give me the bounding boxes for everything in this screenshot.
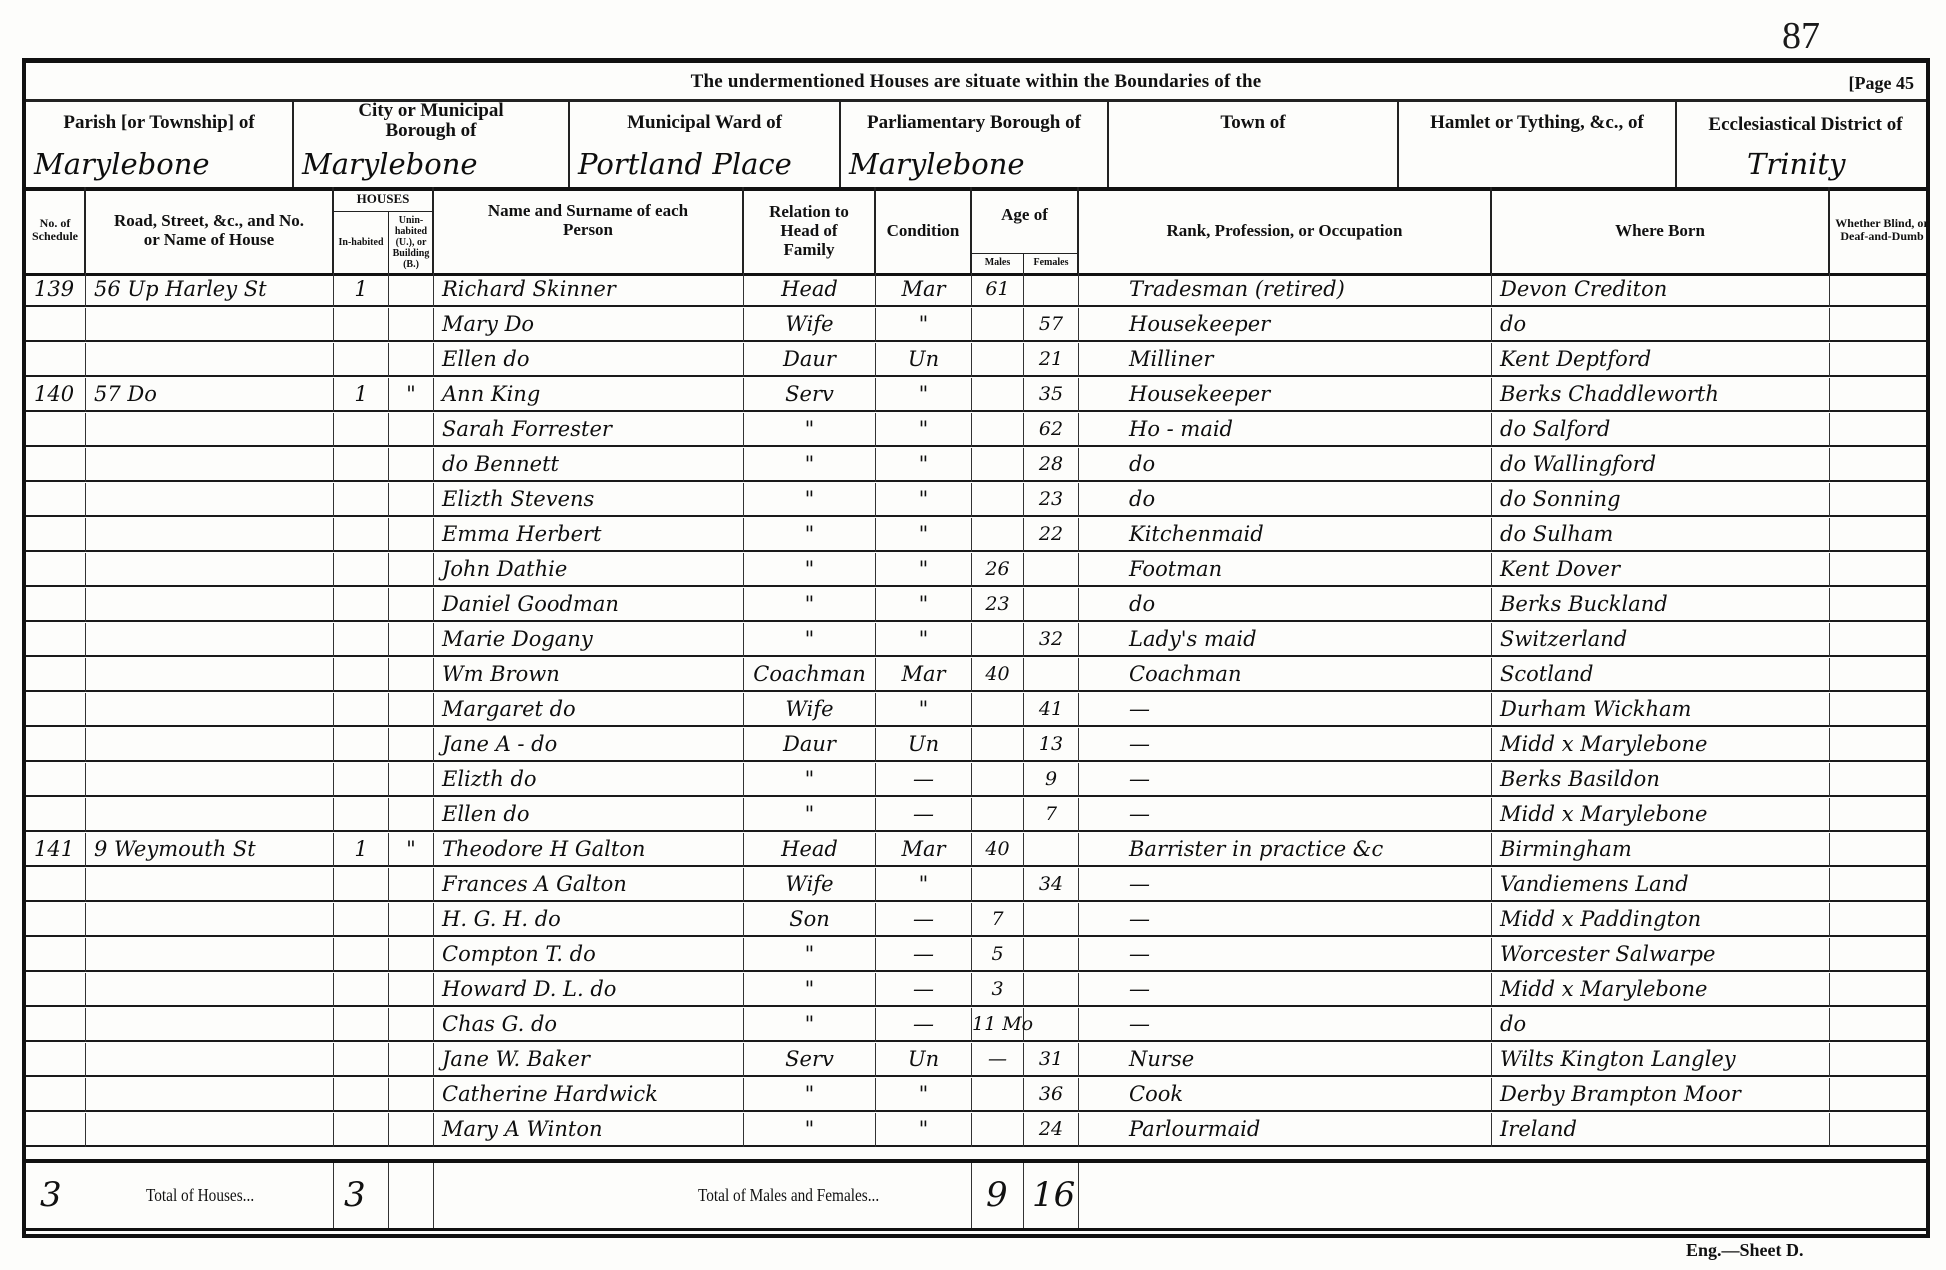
cell-born: do — [1492, 1008, 1830, 1042]
cell-uninhabited — [389, 728, 434, 762]
municipal-borough-field: City or Municipal Borough of Marylebone — [294, 99, 570, 187]
cell-condition: — — [876, 903, 972, 937]
cell-occupation: — — [1079, 903, 1492, 937]
cell-condition: " — [876, 308, 972, 342]
cell-name: Mary Do — [434, 308, 744, 342]
cell-schedule — [26, 903, 86, 937]
cell-relation: " — [744, 973, 876, 1007]
cell-blind — [1830, 1008, 1934, 1042]
cell-male-age: 40 — [972, 658, 1024, 692]
cell-uninhabited: " — [389, 833, 434, 867]
cell-relation: Wife — [744, 308, 876, 342]
cell-born: Kent Dover — [1492, 553, 1830, 587]
cell-condition: " — [876, 378, 972, 412]
cell-condition: Un — [876, 728, 972, 762]
cell-address — [86, 938, 334, 972]
cell-relation: " — [744, 518, 876, 552]
table-row: Daniel Goodman""23doBerks Buckland — [26, 588, 1926, 622]
table-row: Jane W. BakerServUn—31NurseWilts Kington… — [26, 1043, 1926, 1077]
parish-value: Marylebone — [34, 147, 210, 181]
cell-condition: " — [876, 623, 972, 657]
cell-male-age — [972, 1078, 1024, 1112]
cell-uninhabited — [389, 553, 434, 587]
col-blind-deaf: Whether Blind, or Deaf-and-Dumb — [1830, 187, 1934, 273]
cell-inhabited — [334, 693, 389, 727]
cell-schedule — [26, 483, 86, 517]
cell-female-age: 28 — [1024, 448, 1079, 482]
cell-born: Switzerland — [1492, 623, 1830, 657]
cell-blind — [1830, 273, 1934, 307]
cell-address — [86, 1043, 334, 1077]
cell-occupation: — — [1079, 1008, 1492, 1042]
cell-uninhabited — [389, 343, 434, 377]
table-row: Mary A Winton""24ParlourmaidIreland — [26, 1113, 1926, 1147]
cell-schedule — [26, 623, 86, 657]
cell-uninhabited — [389, 658, 434, 692]
table-row: Ellen do"—7—Midd x Marylebone — [26, 798, 1926, 832]
cell-born: Berks Chaddleworth — [1492, 378, 1830, 412]
cell-relation: " — [744, 798, 876, 832]
title-band: The undermentioned Houses are situate wi… — [26, 63, 1926, 102]
cell-uninhabited — [389, 693, 434, 727]
col-address: Road, Street, &c., and No. or Name of Ho… — [86, 187, 334, 273]
cell-condition: — — [876, 938, 972, 972]
cell-name: Jane A - do — [434, 728, 744, 762]
cell-schedule — [26, 763, 86, 797]
cell-condition: — — [876, 1008, 972, 1042]
sheet-code: Eng.—Sheet D. — [1686, 1240, 1804, 1261]
cell-female-age: 22 — [1024, 518, 1079, 552]
total-males: 9 — [986, 1175, 1008, 1215]
cell-inhabited — [334, 1043, 389, 1077]
cell-relation: " — [744, 938, 876, 972]
cell-address — [86, 343, 334, 377]
cell-relation: " — [744, 1113, 876, 1147]
cell-occupation: do — [1079, 483, 1492, 517]
table-row: do Bennett""28dodo Wallingford — [26, 448, 1926, 482]
cell-schedule — [26, 973, 86, 1007]
parliamentary-borough-field: Parliamentary Borough of Marylebone — [841, 99, 1109, 187]
sheet-title: The undermentioned Houses are situate wi… — [26, 71, 1926, 93]
cell-condition: — — [876, 798, 972, 832]
cell-born: Berks Buckland — [1492, 588, 1830, 622]
totals-row: 3 Total of Houses... 3 Total of Males an… — [26, 1159, 1926, 1231]
cell-name: Margaret do — [434, 693, 744, 727]
cell-occupation: Footman — [1079, 553, 1492, 587]
cell-address: 56 Up Harley St — [86, 273, 334, 307]
table-row: Elizth Stevens""23dodo Sonning — [26, 483, 1926, 517]
cell-born: Midd x Marylebone — [1492, 798, 1830, 832]
cell-born: do Wallingford — [1492, 448, 1830, 482]
total-females: 16 — [1032, 1175, 1075, 1215]
cell-uninhabited — [389, 1078, 434, 1112]
cell-address — [86, 483, 334, 517]
cell-name: Ellen do — [434, 343, 744, 377]
cell-occupation: — — [1079, 693, 1492, 727]
cell-blind — [1830, 973, 1934, 1007]
municipal-borough-value: Marylebone — [302, 147, 478, 181]
cell-born: Devon Crediton — [1492, 273, 1830, 307]
cell-schedule — [26, 553, 86, 587]
cell-name: Wm Brown — [434, 658, 744, 692]
cell-female-age — [1024, 903, 1079, 937]
cell-uninhabited — [389, 798, 434, 832]
cell-occupation: do — [1079, 448, 1492, 482]
parish-field: Parish [or Township] of Marylebone — [26, 99, 294, 187]
cell-male-age — [972, 483, 1024, 517]
cell-female-age — [1024, 273, 1079, 307]
cell-name: Chas G. do — [434, 1008, 744, 1042]
cell-address — [86, 1113, 334, 1147]
table-row: John Dathie""26FootmanKent Dover — [26, 553, 1926, 587]
cell-blind — [1830, 693, 1934, 727]
cell-relation: Head — [744, 833, 876, 867]
cell-inhabited — [334, 1078, 389, 1112]
cell-schedule — [26, 308, 86, 342]
cell-name: Compton T. do — [434, 938, 744, 972]
cell-inhabited — [334, 938, 389, 972]
cell-male-age: 7 — [972, 903, 1024, 937]
municipal-ward-field: Municipal Ward of Portland Place — [570, 99, 841, 187]
cell-born: Scotland — [1492, 658, 1830, 692]
cell-male-age — [972, 798, 1024, 832]
cell-address — [86, 1008, 334, 1042]
cell-male-age: 3 — [972, 973, 1024, 1007]
cell-male-age — [972, 868, 1024, 902]
cell-condition: " — [876, 483, 972, 517]
cell-uninhabited — [389, 623, 434, 657]
cell-relation: Serv — [744, 1043, 876, 1077]
cell-occupation: Kitchenmaid — [1079, 518, 1492, 552]
cell-female-age — [1024, 553, 1079, 587]
cell-schedule — [26, 1008, 86, 1042]
cell-schedule — [26, 938, 86, 972]
cell-occupation: Milliner — [1079, 343, 1492, 377]
cell-uninhabited — [389, 413, 434, 447]
cell-name: Sarah Forrester — [434, 413, 744, 447]
cell-uninhabited — [389, 938, 434, 972]
cell-occupation: Cook — [1079, 1078, 1492, 1112]
cell-inhabited — [334, 308, 389, 342]
col-inhabited: In-habited — [334, 211, 389, 273]
cell-condition: " — [876, 448, 972, 482]
cell-name: Jane W. Baker — [434, 1043, 744, 1077]
cell-schedule — [26, 728, 86, 762]
cell-born: do — [1492, 308, 1830, 342]
cell-born: Durham Wickham — [1492, 693, 1830, 727]
cell-schedule: 139 — [26, 273, 86, 307]
col-males: Males — [972, 253, 1024, 273]
cell-blind — [1830, 763, 1934, 797]
cell-blind — [1830, 623, 1934, 657]
cell-address — [86, 868, 334, 902]
table-row: Chas G. do"—11 Mo—do — [26, 1008, 1926, 1042]
cell-condition: " — [876, 693, 972, 727]
cell-name: Elizth do — [434, 763, 744, 797]
cell-male-age — [972, 413, 1024, 447]
total-houses-label: Total of Houses... — [146, 1185, 254, 1206]
cell-inhabited — [334, 1113, 389, 1147]
cell-inhabited — [334, 903, 389, 937]
cell-name: Daniel Goodman — [434, 588, 744, 622]
col-relation: Relation to Head of Family — [744, 187, 876, 273]
page-reference: [Page 45 — [1849, 73, 1914, 94]
cell-address — [86, 693, 334, 727]
cell-born: do Salford — [1492, 413, 1830, 447]
cell-address — [86, 1078, 334, 1112]
hamlet-field: Hamlet or Tything, &c., of — [1399, 99, 1677, 187]
cell-relation: " — [744, 413, 876, 447]
cell-female-age: 36 — [1024, 1078, 1079, 1112]
cell-female-age — [1024, 588, 1079, 622]
cell-blind — [1830, 413, 1934, 447]
col-condition: Condition — [876, 187, 972, 273]
cell-address — [86, 518, 334, 552]
cell-schedule — [26, 343, 86, 377]
col-females: Females — [1024, 253, 1079, 273]
cell-name: Theodore H Galton — [434, 833, 744, 867]
cell-blind — [1830, 1078, 1934, 1112]
cell-male-age: — — [972, 1043, 1024, 1077]
cell-blind — [1830, 553, 1934, 587]
cell-relation: " — [744, 588, 876, 622]
cell-female-age — [1024, 938, 1079, 972]
cell-name: John Dathie — [434, 553, 744, 587]
cell-condition: Mar — [876, 833, 972, 867]
cell-schedule — [26, 693, 86, 727]
cell-occupation: Housekeeper — [1079, 378, 1492, 412]
cell-inhabited — [334, 343, 389, 377]
cell-condition: — — [876, 973, 972, 1007]
cell-address: 57 Do — [86, 378, 334, 412]
cell-condition: Un — [876, 1043, 972, 1077]
cell-inhabited — [334, 1008, 389, 1042]
cell-name: Ellen do — [434, 798, 744, 832]
cell-occupation: — — [1079, 763, 1492, 797]
cell-female-age: 13 — [1024, 728, 1079, 762]
cell-name: Elizth Stevens — [434, 483, 744, 517]
col-name: Name and Surname of each Person — [434, 187, 744, 273]
cell-occupation: Nurse — [1079, 1043, 1492, 1077]
cell-uninhabited — [389, 763, 434, 797]
cell-born: do Sulham — [1492, 518, 1830, 552]
cell-blind — [1830, 378, 1934, 412]
cell-uninhabited — [389, 1113, 434, 1147]
cell-occupation: Tradesman (retired) — [1079, 273, 1492, 307]
cell-schedule — [26, 1043, 86, 1077]
column-header-row: No. of Schedule Road, Street, &c., and N… — [26, 187, 1926, 276]
cell-uninhabited — [389, 973, 434, 1007]
cell-uninhabited — [389, 903, 434, 937]
cell-relation: " — [744, 763, 876, 797]
table-row: Margaret doWife"41—Durham Wickham — [26, 693, 1926, 727]
table-row: Marie Dogany""32Lady's maidSwitzerland — [26, 623, 1926, 657]
cell-male-age: 26 — [972, 553, 1024, 587]
cell-schedule: 141 — [26, 833, 86, 867]
cell-relation: " — [744, 483, 876, 517]
cell-female-age: 9 — [1024, 763, 1079, 797]
cell-condition: Un — [876, 343, 972, 377]
cell-born: Midd x Paddington — [1492, 903, 1830, 937]
cell-uninhabited — [389, 518, 434, 552]
table-row: Ellen doDaurUn21MillinerKent Deptford — [26, 343, 1926, 377]
cell-female-age — [1024, 973, 1079, 1007]
cell-occupation: Lady's maid — [1079, 623, 1492, 657]
cell-address — [86, 728, 334, 762]
cell-born: Wilts Kington Langley — [1492, 1043, 1830, 1077]
cell-inhabited — [334, 728, 389, 762]
table-row: Mary DoWife"57Housekeeperdo — [26, 308, 1926, 342]
cell-uninhabited — [389, 1008, 434, 1042]
parliamentary-borough-value: Marylebone — [849, 147, 1025, 181]
cell-relation: " — [744, 448, 876, 482]
cell-born: Midd x Marylebone — [1492, 728, 1830, 762]
cell-address — [86, 448, 334, 482]
table-row: 14057 Do1"Ann KingServ"35HousekeeperBerk… — [26, 378, 1926, 412]
cell-name: Emma Herbert — [434, 518, 744, 552]
cell-condition: " — [876, 553, 972, 587]
cell-condition: Mar — [876, 658, 972, 692]
cell-uninhabited: " — [389, 378, 434, 412]
cell-female-age: 32 — [1024, 623, 1079, 657]
cell-born: Derby Brampton Moor — [1492, 1078, 1830, 1112]
total-schedules: 3 — [40, 1175, 62, 1215]
cell-female-age: 7 — [1024, 798, 1079, 832]
cell-blind — [1830, 938, 1934, 972]
cell-blind — [1830, 483, 1934, 517]
table-row: Compton T. do"—5—Worcester Salwarpe — [26, 938, 1926, 972]
cell-born: Birmingham — [1492, 833, 1830, 867]
table-row: Elizth do"—9—Berks Basildon — [26, 763, 1926, 797]
cell-name: Catherine Hardwick — [434, 1078, 744, 1112]
cell-condition: " — [876, 1113, 972, 1147]
cell-occupation: — — [1079, 798, 1492, 832]
cell-inhabited — [334, 483, 389, 517]
cell-female-age: 21 — [1024, 343, 1079, 377]
cell-blind — [1830, 903, 1934, 937]
cell-inhabited — [334, 868, 389, 902]
cell-address — [86, 798, 334, 832]
table-row: Emma Herbert""22Kitchenmaiddo Sulham — [26, 518, 1926, 552]
table-row: Catherine Hardwick""36CookDerby Brampton… — [26, 1078, 1926, 1112]
cell-female-age: 57 — [1024, 308, 1079, 342]
cell-blind — [1830, 308, 1934, 342]
cell-inhabited — [334, 658, 389, 692]
cell-female-age: 24 — [1024, 1113, 1079, 1147]
cell-name: Ann King — [434, 378, 744, 412]
cell-male-age: 40 — [972, 833, 1024, 867]
cell-occupation: — — [1079, 868, 1492, 902]
cell-schedule — [26, 868, 86, 902]
table-row: Wm BrownCoachmanMar40CoachmanScotland — [26, 658, 1926, 692]
cell-inhabited — [334, 588, 389, 622]
cell-blind — [1830, 518, 1934, 552]
municipal-ward-value: Portland Place — [578, 147, 792, 181]
cell-male-age — [972, 728, 1024, 762]
cell-inhabited — [334, 623, 389, 657]
cell-male-age — [972, 378, 1024, 412]
cell-born: Ireland — [1492, 1113, 1830, 1147]
cell-condition: " — [876, 868, 972, 902]
cell-name: Richard Skinner — [434, 273, 744, 307]
cell-relation: Wife — [744, 868, 876, 902]
cell-male-age: 11 Mo — [972, 1008, 1024, 1042]
cell-name: Mary A Winton — [434, 1113, 744, 1147]
cell-born: Vandiemens Land — [1492, 868, 1830, 902]
cell-male-age: 5 — [972, 938, 1024, 972]
cell-uninhabited — [389, 868, 434, 902]
cell-born: Midd x Marylebone — [1492, 973, 1830, 1007]
cell-address — [86, 308, 334, 342]
cell-schedule — [26, 658, 86, 692]
ecclesiastical-district-value: Trinity — [1747, 147, 1845, 181]
cell-schedule — [26, 1113, 86, 1147]
cell-relation: " — [744, 623, 876, 657]
cell-occupation: Coachman — [1079, 658, 1492, 692]
cell-blind — [1830, 1113, 1934, 1147]
cell-address — [86, 658, 334, 692]
col-schedule: No. of Schedule — [26, 187, 86, 273]
cell-uninhabited — [389, 308, 434, 342]
cell-address — [86, 623, 334, 657]
cell-female-age: 35 — [1024, 378, 1079, 412]
cell-uninhabited — [389, 588, 434, 622]
cell-male-age — [972, 693, 1024, 727]
cell-female-age — [1024, 1008, 1079, 1042]
table-row: Jane A - doDaurUn13—Midd x Marylebone — [26, 728, 1926, 762]
cell-relation: " — [744, 1008, 876, 1042]
cell-relation: Head — [744, 273, 876, 307]
cell-address — [86, 588, 334, 622]
cell-relation: Coachman — [744, 658, 876, 692]
cell-condition: " — [876, 588, 972, 622]
cell-name: Marie Dogany — [434, 623, 744, 657]
cell-inhabited: 1 — [334, 833, 389, 867]
cell-female-age: 34 — [1024, 868, 1079, 902]
cell-relation: Wife — [744, 693, 876, 727]
table-row: Sarah Forrester""62Ho - maiddo Salford — [26, 413, 1926, 447]
cell-occupation: — — [1079, 973, 1492, 1007]
cell-condition: Mar — [876, 273, 972, 307]
cell-relation: " — [744, 1078, 876, 1112]
cell-inhabited — [334, 448, 389, 482]
cell-female-age — [1024, 658, 1079, 692]
cell-relation: Son — [744, 903, 876, 937]
cell-uninhabited — [389, 273, 434, 307]
cell-schedule — [26, 798, 86, 832]
cell-male-age — [972, 518, 1024, 552]
cell-male-age: 61 — [972, 273, 1024, 307]
cell-male-age — [972, 1113, 1024, 1147]
cell-male-age — [972, 308, 1024, 342]
col-occupation: Rank, Profession, or Occupation — [1079, 187, 1492, 273]
town-field: Town of — [1109, 99, 1399, 187]
cell-blind — [1830, 868, 1934, 902]
cell-condition: " — [876, 1078, 972, 1112]
cell-occupation: Ho - maid — [1079, 413, 1492, 447]
cell-condition: " — [876, 413, 972, 447]
cell-uninhabited — [389, 1043, 434, 1077]
cell-male-age — [972, 448, 1024, 482]
cell-male-age: 23 — [972, 588, 1024, 622]
census-sheet: The undermentioned Houses are situate wi… — [22, 58, 1930, 1238]
table-row: 13956 Up Harley St1Richard SkinnerHeadMa… — [26, 273, 1926, 307]
cell-inhabited — [334, 413, 389, 447]
cell-female-age: 31 — [1024, 1043, 1079, 1077]
table-row: Frances A GaltonWife"34—Vandiemens Land — [26, 868, 1926, 902]
cell-female-age: 41 — [1024, 693, 1079, 727]
ecclesiastical-district-field: Ecclesiastical District of Trinity — [1677, 99, 1934, 187]
